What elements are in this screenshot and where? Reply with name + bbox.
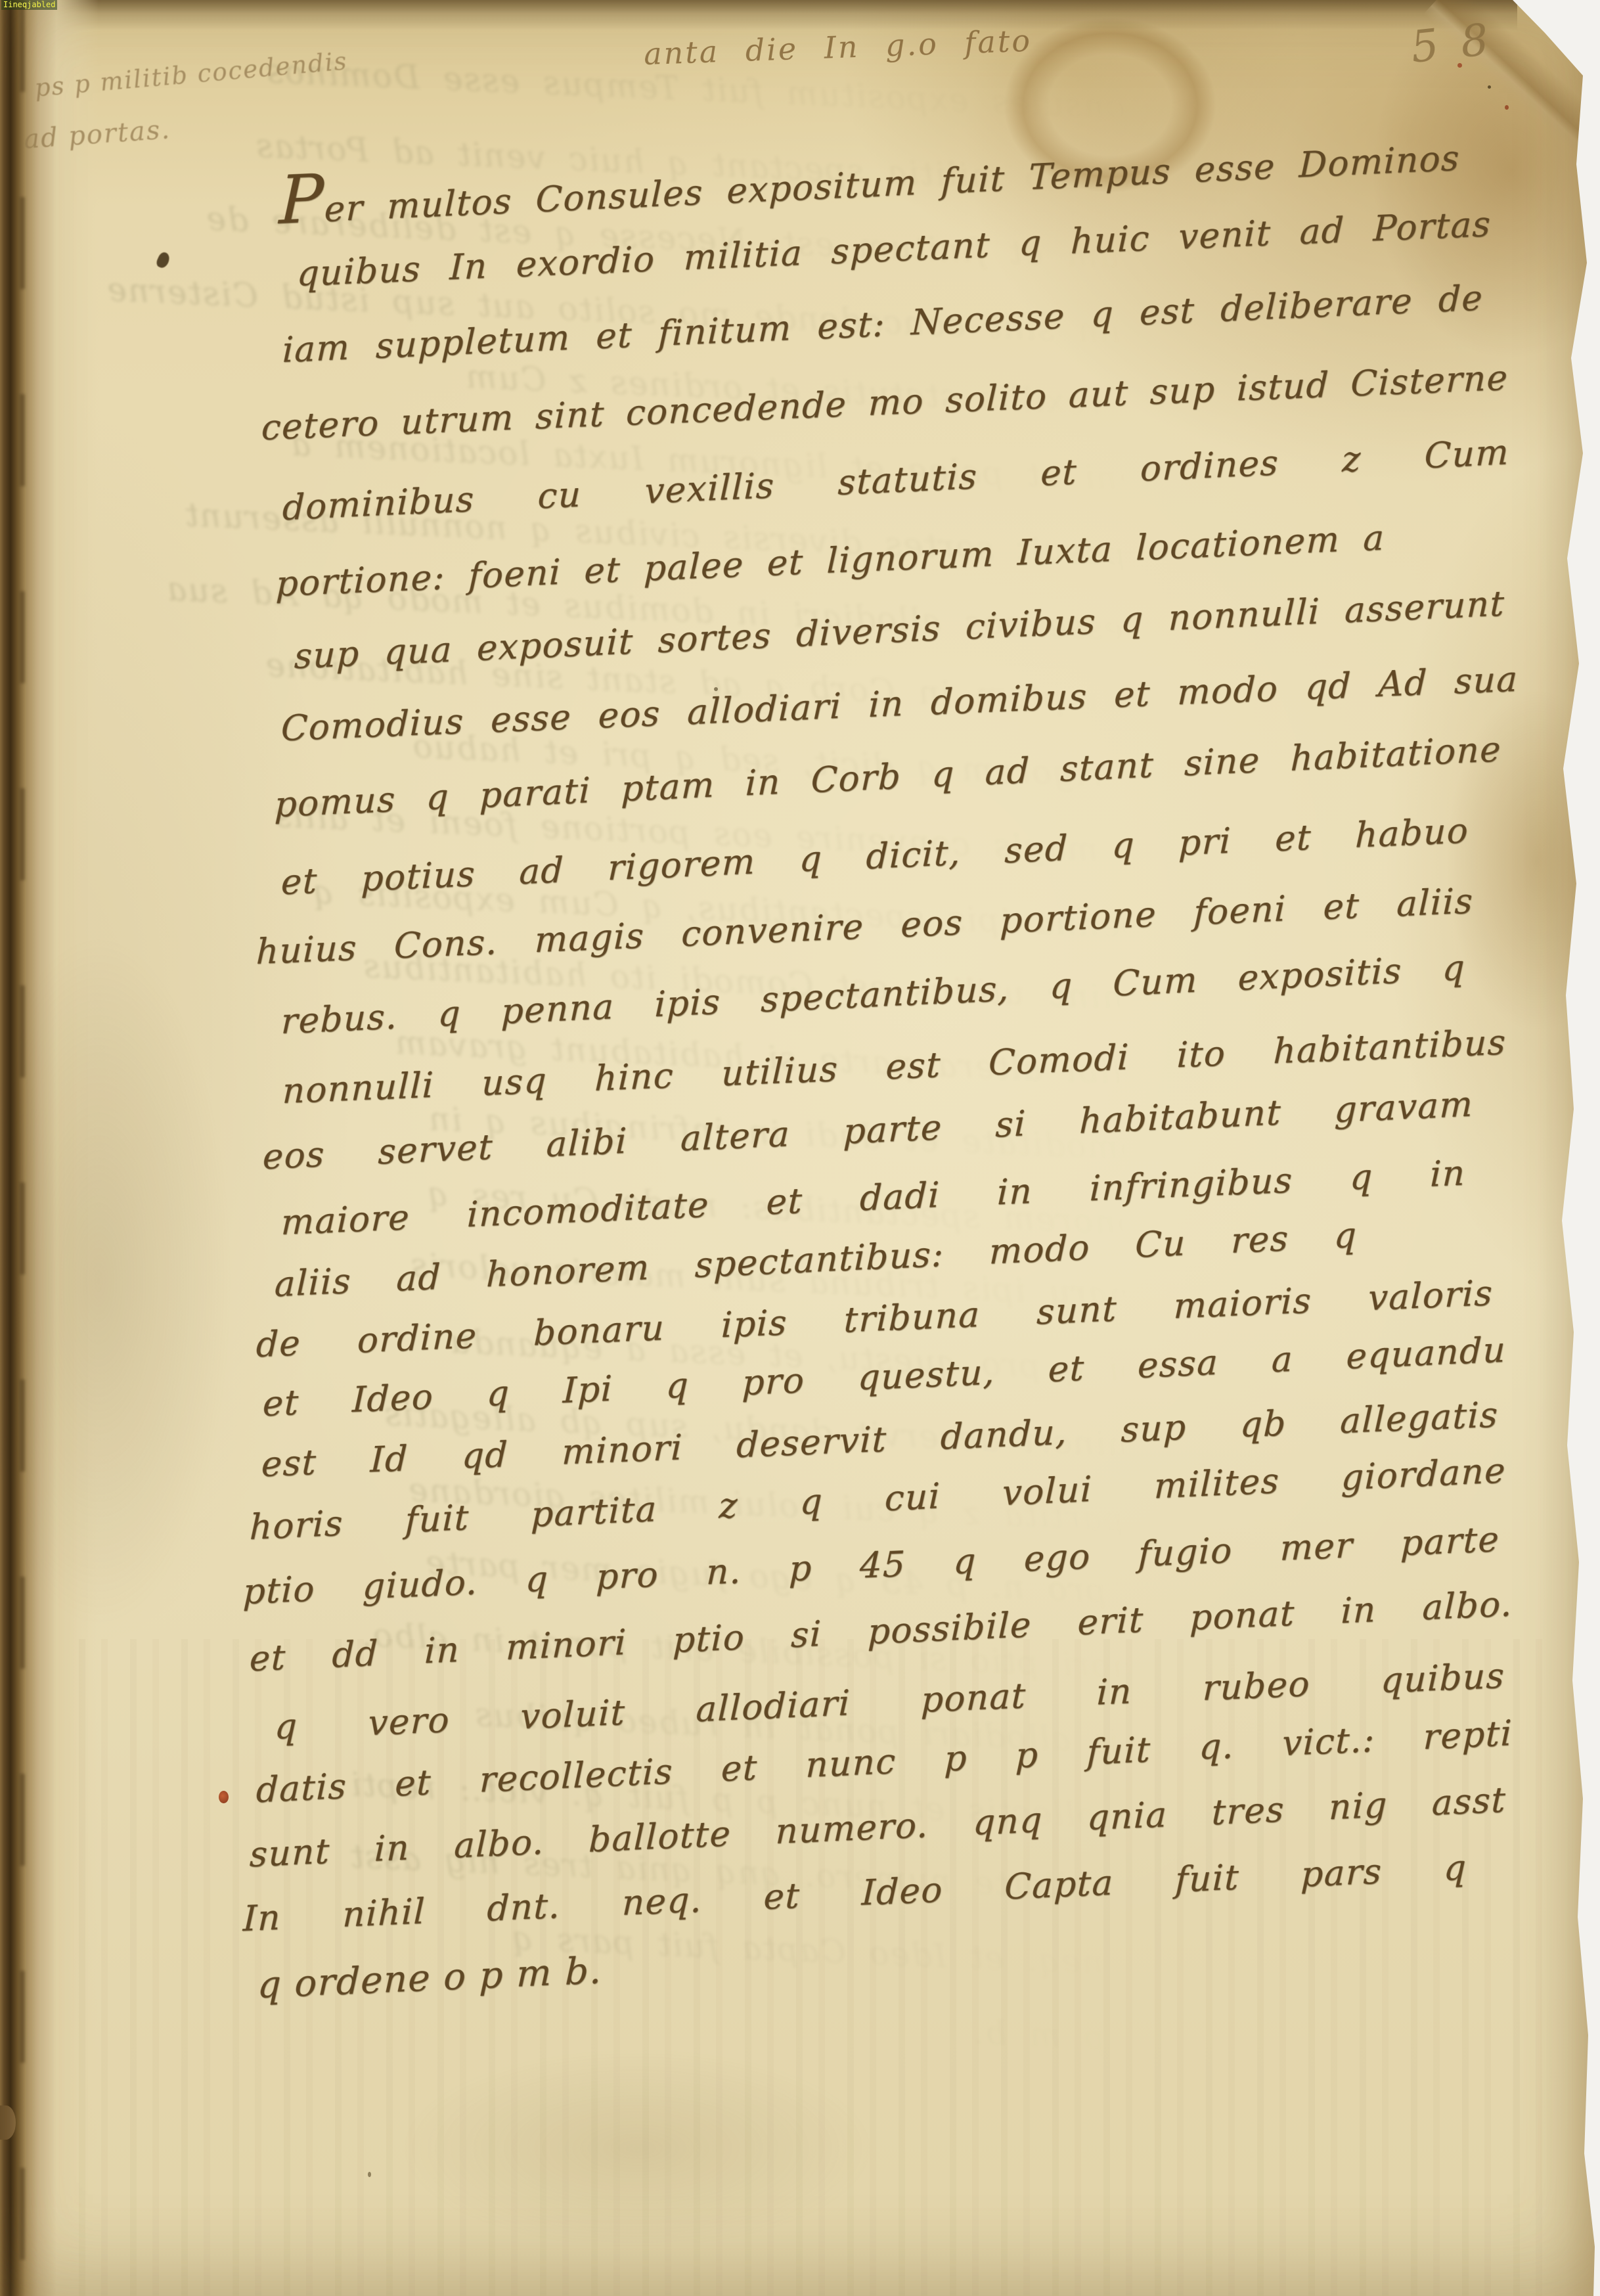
manuscript-page: Per multos Consules expositum fuit Tempu… — [0, 0, 1600, 2296]
scanner-watermark-artifact: Iineqjabled — [1, 0, 57, 10]
manuscript-scan: Per multos Consules expositum fuit Tempu… — [0, 0, 1600, 2296]
page-vignette — [0, 0, 1600, 2296]
